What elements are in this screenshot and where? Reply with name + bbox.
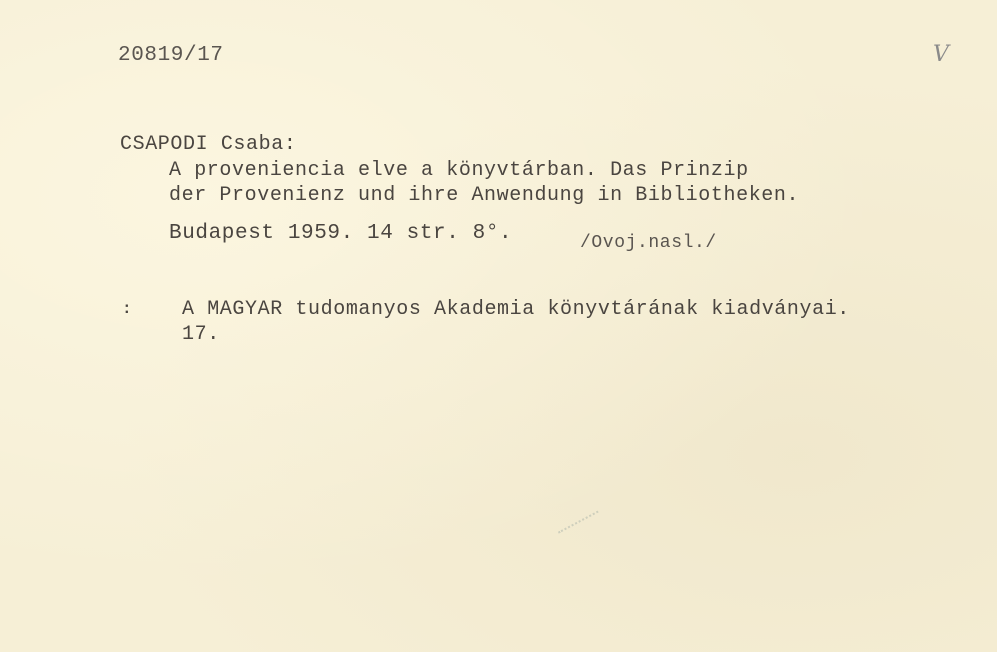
title-note: /Ovoj.nasl./ [580, 233, 717, 253]
imprint: Budapest 1959. 14 str. 8°. [169, 222, 512, 245]
title-line-2: der Provenienz und ihre Anwendung in Bib… [169, 184, 799, 207]
check-mark-icon: V [933, 42, 949, 67]
call-number: 20819/17 [118, 44, 224, 67]
series-marker: : [122, 300, 132, 318]
pencil-smudge [558, 511, 607, 550]
series-line-1: A MAGYAR tudomanyos Akademia könyvtárána… [182, 298, 850, 321]
author: CSAPODI Csaba: [120, 133, 296, 156]
title-line-1: A proveniencia elve a könyvtárban. Das P… [169, 159, 749, 182]
catalog-card: 20819/17 V CSAPODI Csaba: A proveniencia… [0, 0, 997, 652]
series-line-2: 17. [182, 323, 220, 346]
